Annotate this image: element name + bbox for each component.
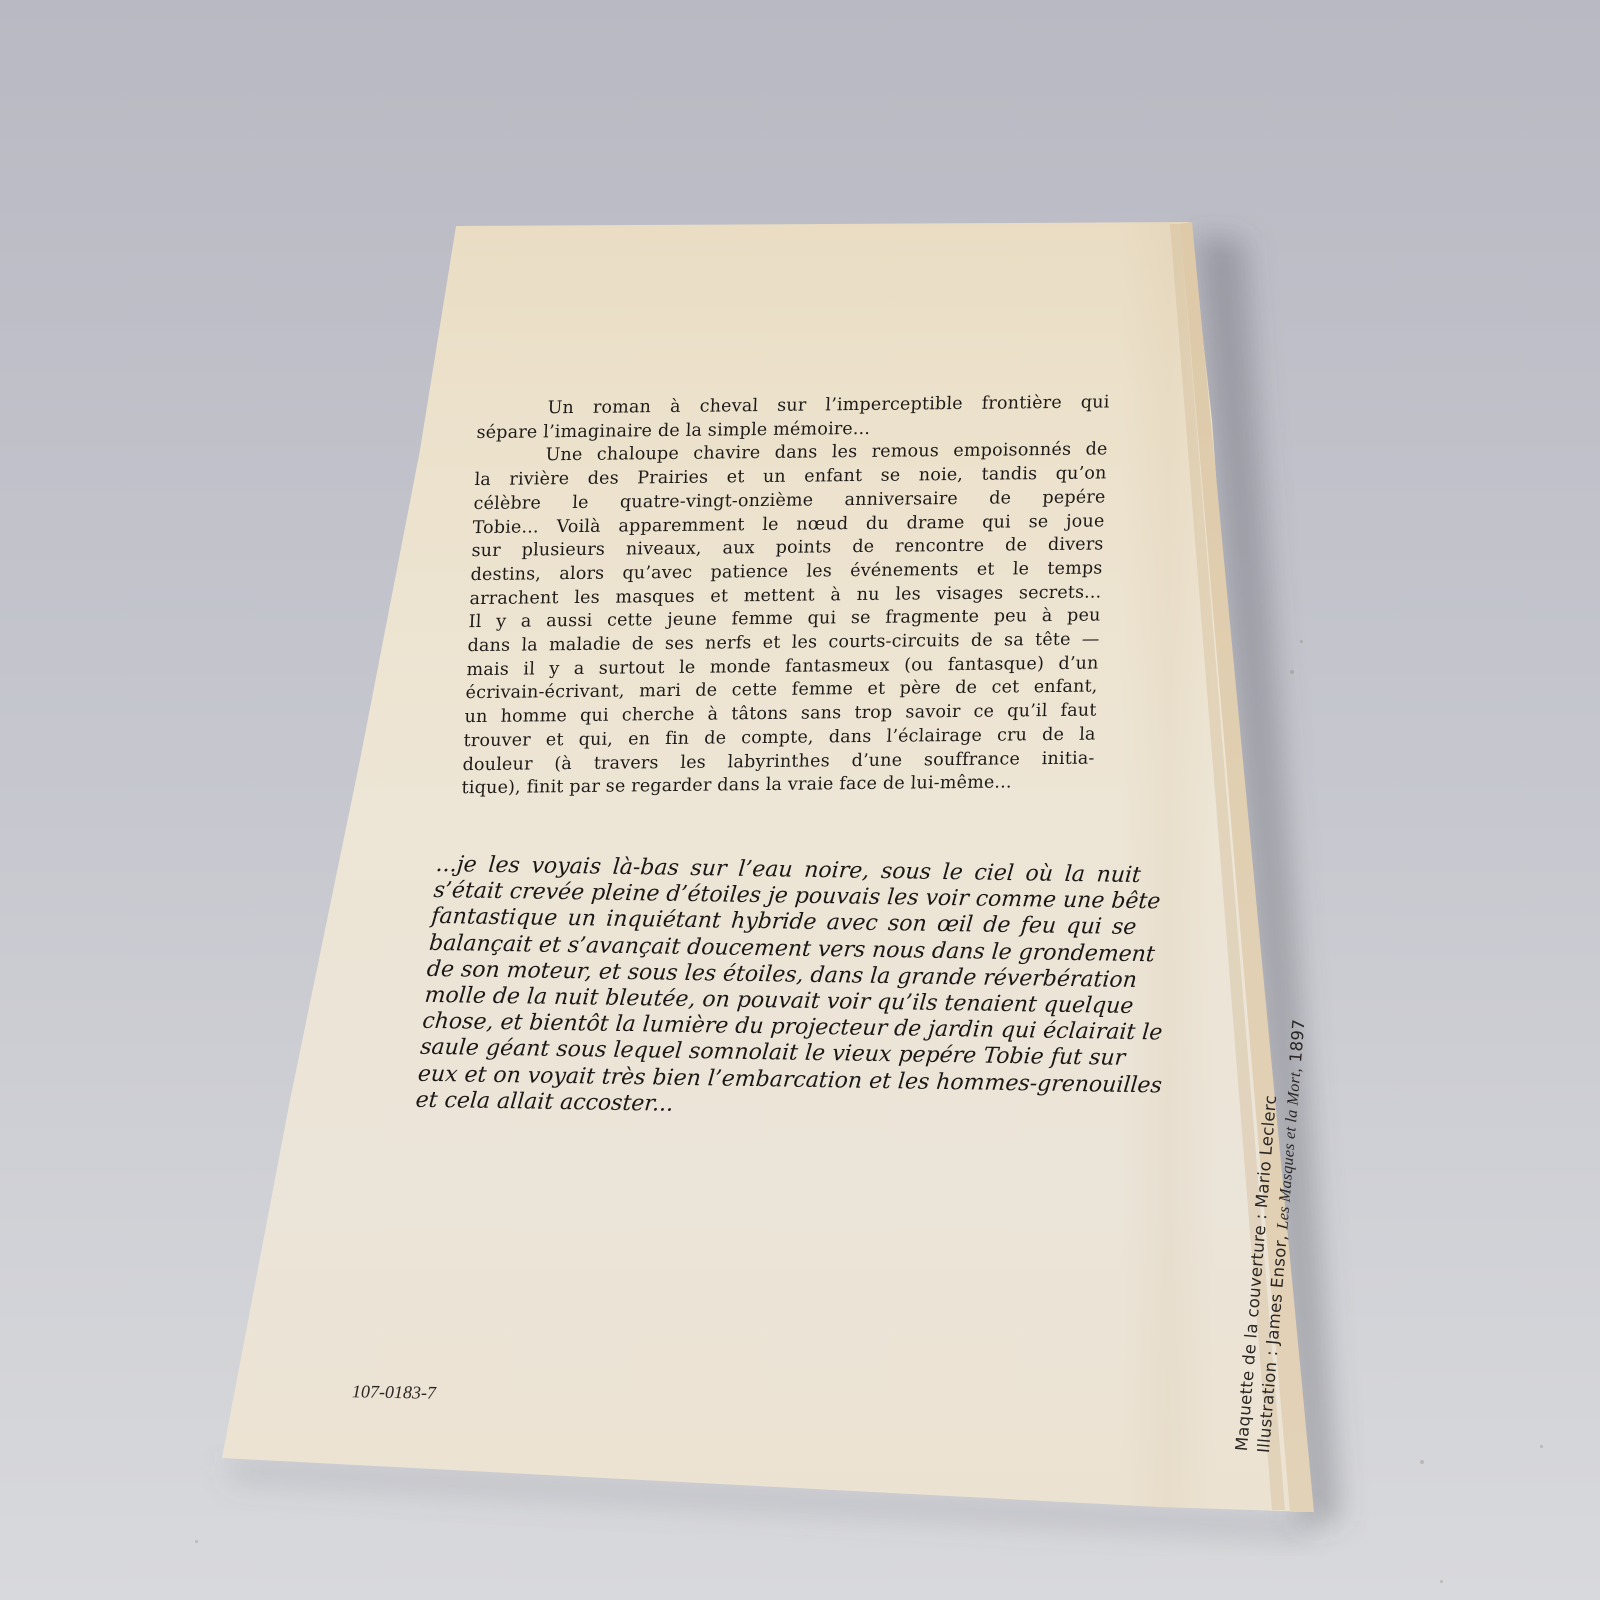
illustration-label: Illustration : bbox=[1254, 1349, 1281, 1453]
cover-content: Un roman à cheval sur l’imperceptible fr… bbox=[0, 0, 1600, 1600]
illustration-year: 1897 bbox=[1286, 1018, 1308, 1063]
catalog-number: 107-0183-7 bbox=[352, 1381, 436, 1403]
illustration-title: Les Masques et la Mort, bbox=[1274, 1067, 1304, 1230]
cover-credits: Maquette de la couverture : Mario Lecler… bbox=[1228, 1016, 1314, 1454]
excerpt-text: ...je les voyais là-bas sur l’eau noire,… bbox=[415, 852, 1142, 1125]
illustration-artist: James Ensor, bbox=[1263, 1234, 1291, 1345]
blurb-text: Un roman à cheval sur l’imperceptible fr… bbox=[461, 391, 1110, 801]
